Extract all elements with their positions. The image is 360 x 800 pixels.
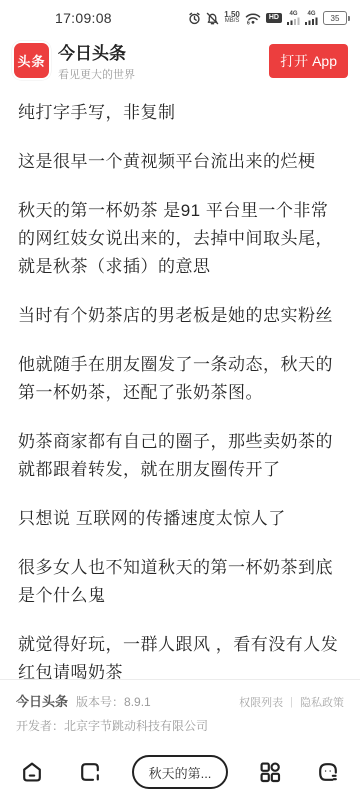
privacy-policy-link[interactable]: 隐私政策 <box>300 694 344 710</box>
tabs-button[interactable] <box>74 756 106 788</box>
permission-list-link[interactable]: 权限列表 <box>239 694 283 710</box>
paragraph: 当时有个奶茶店的男老板是她的忠实粉丝 <box>18 302 342 330</box>
app-banner: 头条 今日头条 看见更大的世界 打开 App <box>0 32 360 89</box>
menu-grid-icon <box>258 760 282 784</box>
article-body: 纯打字手写，非复制 这是很早一个黄视频平台流出来的烂梗 秋天的第一杯奶茶 是91… <box>0 89 360 687</box>
toutiao-logo-icon: 头条 <box>14 43 49 78</box>
mute-icon <box>206 12 219 25</box>
home-icon <box>20 760 44 784</box>
svg-text:6: 6 <box>247 20 250 25</box>
status-bar: 17:09:08 1.50 MB/S 6 HD 4G <box>0 0 360 32</box>
menu-button[interactable] <box>254 756 286 788</box>
paragraph: 只想说 互联网的传播速度太惊人了 <box>18 505 342 533</box>
paragraph: 秋天的第一杯奶茶 是91 平台里一个非常的网红妓女说出来的，去掉中间取头尾，就是… <box>18 197 342 281</box>
paragraph: 纯打字手写，非复制 <box>18 99 342 127</box>
wifi-icon: 6 <box>245 12 261 25</box>
link-separator: | <box>290 696 293 708</box>
open-app-button[interactable]: 打开 App <box>269 44 348 78</box>
app-info-footer: 今日头条 版本号：8.9.1 权限列表 | 隐私政策 开发者：北京字节跳动科技有… <box>0 679 360 744</box>
app-slogan: 看见更大的世界 <box>58 66 135 82</box>
signal-sim1-icon: 4G <box>287 11 300 25</box>
paragraph: 很多女人也不知道秋天的第一杯奶茶到底是个什么鬼 <box>18 554 342 610</box>
profile-button[interactable] <box>312 756 344 788</box>
paragraph: 他就随手在朋友圈发了一条动态，秋天的第一杯奶茶，还配了张奶茶图。 <box>18 351 342 407</box>
alarm-icon <box>188 12 201 25</box>
footer-app-name: 今日头条 <box>16 691 68 710</box>
paragraph: 这是很早一个黄视频平台流出来的烂梗 <box>18 148 342 176</box>
app-name: 今日头条 <box>58 39 135 64</box>
browser-bottom-nav: 秋天的第... <box>0 744 360 800</box>
footer-version: 版本号：8.9.1 <box>76 693 151 710</box>
mascot-face-icon <box>316 760 340 784</box>
battery-icon: 35 <box>323 11 350 25</box>
tabs-icon <box>78 760 102 784</box>
home-button[interactable] <box>16 756 48 788</box>
paragraph: 奶茶商家都有自己的圈子，那些卖奶茶的就都跟着转发，就在朋友圈传开了 <box>18 428 342 484</box>
current-tab-pill[interactable]: 秋天的第... <box>132 755 228 789</box>
signal-sim2-icon: 4G <box>305 11 318 25</box>
footer-developer: 开发者：北京字节跳动科技有限公司 <box>16 717 344 734</box>
clock-time: 17:09:08 <box>55 10 112 26</box>
network-speed: 1.50 MB/S <box>224 11 240 25</box>
hd-icon: HD <box>266 13 282 23</box>
